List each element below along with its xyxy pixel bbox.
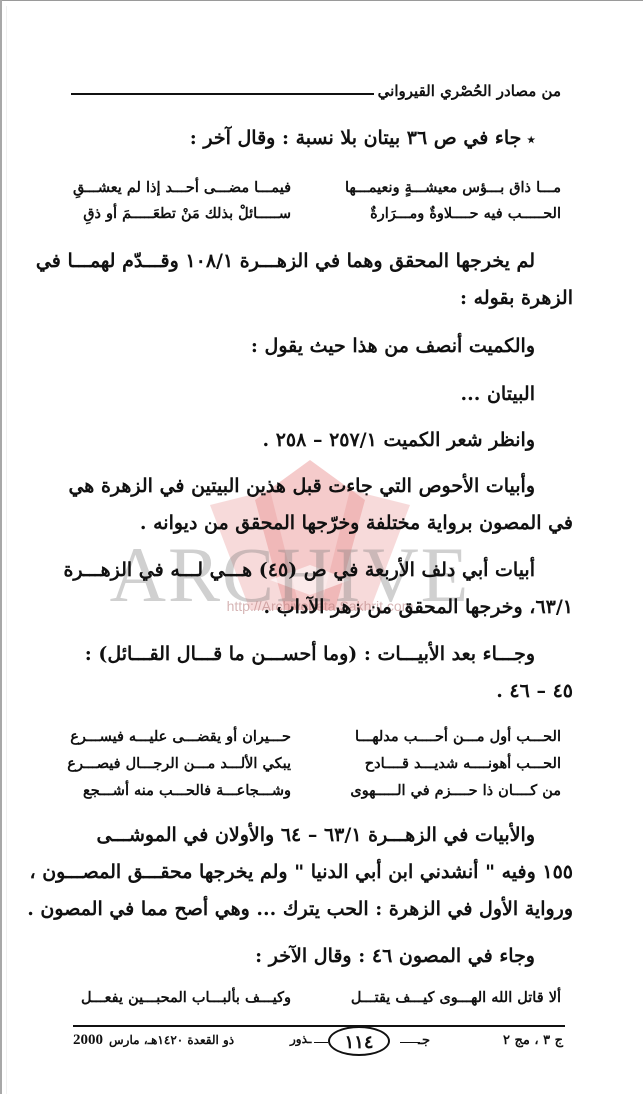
- footer-volume: ج ٣ ، مج ٢: [503, 1033, 563, 1048]
- running-header-title: من مصادر الحُصْري القيرواني: [374, 82, 561, 100]
- paragraph-line: لم يخرجها المحقق وهما في الزهـــرة ١٠٨/١…: [68, 244, 535, 279]
- intro-text: جاء في ص ٣٦ بيتان بلا نسبة : وقال آخر :: [190, 127, 522, 149]
- paragraph-line: أبيات أبي دلف الأربعة في ص (٤٥) هـــي لـ…: [68, 553, 535, 588]
- journal-name-suffix: ـذور: [290, 1032, 311, 1046]
- verse-second-hemistich: يبكي الألـــد مـــن الرجـــال فيصـــرع: [67, 752, 291, 776]
- document-page: من مصادر الحُصْري القيرواني ٭جاء في ص ٣٦…: [0, 0, 643, 1094]
- footer-year: 2000: [73, 1032, 103, 1048]
- verse-first-hemistich: الحـــب أول مـــن أحــــب مدلهـــا: [355, 725, 561, 749]
- header-rule: [71, 93, 374, 95]
- verse-line: الحـــب أهونــــه شديـــد قــــادح يبكي …: [68, 752, 573, 776]
- paragraph-line: وجاء في المصون ٤٦ : وقال الآخر :: [68, 939, 535, 974]
- verse-first-hemistich: مـــا ذاق بـــؤس معيشـــةٍ ونعيمـــها: [345, 176, 561, 200]
- verse-line: الحـــب أول مـــن أحــــب مدلهـــا حـــي…: [68, 725, 573, 749]
- paragraph-line: وأبيات الأحوص التي جاءت قبل هذين البيتين…: [68, 469, 535, 504]
- verse-first-hemistich: من كــــان ذا حــــزم في الـــــهوى: [350, 779, 561, 803]
- paragraph-line: والكميت أنصف من هذا حيث يقول :: [68, 329, 535, 364]
- paragraph-line: والأبيات في الزهـــرة ٦٣/١ – ٦٤ والأولان…: [68, 818, 535, 853]
- intro-line: ٭جاء في ص ٣٦ بيتان بلا نسبة : وقال آخر :: [68, 121, 535, 158]
- verse-first-hemistich: ألا قاتل الله الهـــوى كيـــف يقتـــل: [351, 986, 561, 1010]
- paragraph-line: وانظر شعر الكميت ٢٥٧/١ – ٢٥٨ .: [68, 423, 535, 458]
- page-number: ١١٤: [328, 1026, 390, 1056]
- verse-first-hemistich: الحـــب أهونــــه شديـــد قــــادح: [365, 752, 561, 776]
- verse-first-hemistich: الحـــــب فيه حــــلاوةٌ ومـــرَارةٌ: [370, 202, 561, 226]
- paragraph-line: وجـــاء بعد الأبيـــات : (وما أحســـن ما…: [68, 637, 535, 672]
- verse-line: ألا قاتل الله الهـــوى كيـــف يقتـــل وك…: [68, 986, 573, 1010]
- asterisk-icon: ٭: [527, 132, 535, 148]
- footer-connector: [314, 1042, 328, 1043]
- paragraph-line: ١٥٥ وفيه " أنشدني ابن أبي الدنيا " ولم ي…: [68, 855, 573, 890]
- verse-second-hemistich: فيمـــا مضـــى أحـــد إذا لم يعشـــقِ: [73, 176, 291, 200]
- verse-second-hemistich: ســـــائلْ بذلك مَنْ تطعَـــــمَ أو ذقِ: [83, 202, 291, 226]
- verse-line: من كــــان ذا حــــزم في الـــــهوى وشــ…: [68, 779, 573, 803]
- journal-name-prefix: جـ: [418, 1033, 430, 1048]
- footer-date-hijri: ذو القعدة ١٤٢٠هـ، مارس: [109, 1033, 234, 1047]
- footer-journal-page: جـ ١١٤ ـذور: [300, 1026, 430, 1058]
- running-header: من مصادر الحُصْري القيرواني: [71, 82, 561, 100]
- paragraph-line: الزهرة بقوله :: [68, 281, 573, 316]
- verse-line: الحـــــب فيه حــــلاوةٌ ومـــرَارةٌ ســ…: [68, 202, 573, 226]
- paragraph-line: البيتان ...: [68, 377, 535, 412]
- verse-second-hemistich: حـــيران أو يقضـــى عليـــه فيســـرع: [70, 725, 291, 749]
- verse-second-hemistich: وكيـــف بألبـــاب المحبـــين يفعـــل: [81, 986, 291, 1010]
- paragraph-line: ٦٣/١، وخرجها المحقق من زهر الآداب .: [68, 590, 573, 625]
- footer-date: ذو القعدة ١٤٢٠هـ، مارس2000: [73, 1032, 234, 1049]
- paragraph-line: ٤٥ – ٤٦ .: [68, 674, 573, 709]
- verse-second-hemistich: وشـــجاعـــة فالحـــب منه أشـــجع: [83, 779, 291, 803]
- paragraph-line: ورواية الأول في الزهرة : الحب يترك ... و…: [68, 892, 573, 927]
- verse-line: مـــا ذاق بـــؤس معيشـــةٍ ونعيمـــها في…: [68, 176, 573, 200]
- footer-connector: [400, 1042, 420, 1043]
- paragraph-line: في المصون برواية مختلفة وخرّجها المحقق م…: [68, 506, 573, 541]
